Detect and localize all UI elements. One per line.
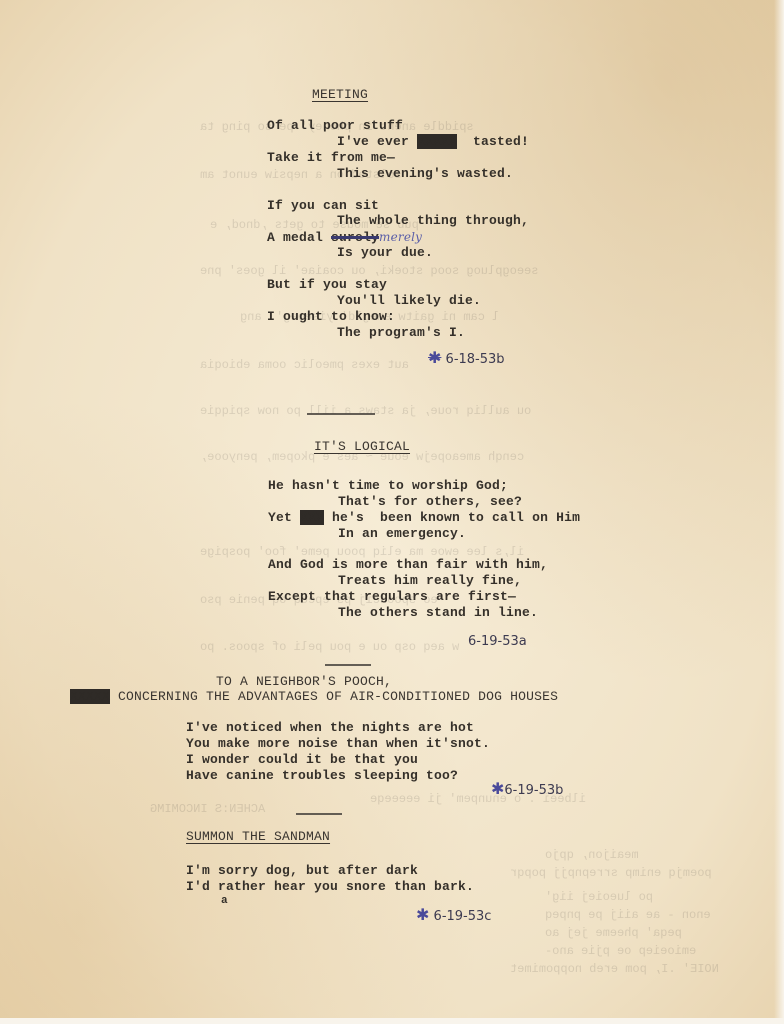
bleed-through-text: ACHEN:S INCOMIMG	[150, 802, 265, 816]
struck-word: surely	[331, 230, 379, 245]
poem-line: Except that regulars are first—	[268, 589, 516, 605]
poem-line: The others stand in line.	[338, 605, 538, 621]
asterisk-icon: ✱	[416, 905, 429, 924]
stray-typed-mark: a	[221, 893, 228, 909]
poem-title-neighbors-pooch: TO A NEIGHBOR'S POOCH,	[216, 674, 392, 690]
poem-line: I'd rather hear you snore than bark.	[186, 879, 474, 895]
bleed-through-text: enon - ae aiij pe pnpeq	[545, 908, 711, 922]
section-divider	[325, 664, 371, 666]
poem-line: You make more noise than when it'snot.	[186, 736, 490, 752]
bleed-through-text: ou aulliq roue, ja staws a iill po now s…	[200, 404, 531, 418]
typewritten-page: spiddle anent in phoney' pe so ping ta s…	[0, 0, 784, 1024]
poem-subtitle: XXXXX CONCERNING THE ADVANTAGES OF AIR-C…	[70, 689, 558, 705]
date-annotation: 6-19-53a	[468, 634, 527, 649]
poem-line: Have canine troubles sleeping too?	[186, 768, 458, 784]
poem-title-its-logical: IT'S LOGICAL	[314, 439, 410, 455]
poem-line: That's for others, see?	[338, 494, 522, 510]
poem-line: Of all poor stuff	[267, 118, 403, 134]
section-divider	[296, 813, 342, 815]
bleed-through-text: aut exes pmeolic ooma ebioqia	[200, 358, 409, 372]
bleed-through-text: peqa' pheeme jej ao	[545, 926, 682, 940]
poem-line: I ought to know:	[267, 309, 395, 325]
typed-strikeout: XXXXX	[417, 134, 457, 149]
poem-title-summon-the-sandman: SUMMON THE SANDMAN	[186, 829, 330, 845]
poem-line: This evening's wasted.	[337, 166, 513, 182]
bleed-through-text: emioeiep oe pjie ano-	[545, 944, 696, 958]
bleed-through-text: NOIE' .I, pom ereb noppomimet	[510, 962, 719, 976]
date-annotation: ✱ 6-18-53b	[428, 348, 505, 367]
bleed-through-text: po lueoiej iig'	[545, 890, 653, 904]
handwritten-correction: merely	[379, 230, 422, 244]
poem-line: A medal surelymerely	[267, 229, 422, 246]
struck-star-icon: ✱	[428, 348, 441, 367]
bleed-through-text: meaijon, qpjo	[545, 848, 639, 862]
poem-line: I'm sorry dog, but after dark	[186, 863, 418, 879]
poem-line: Take it from me—	[267, 150, 395, 166]
poem-line: The whole thing through,	[337, 213, 529, 229]
poem-line: Yet XXX he's been known to call on Him	[268, 510, 580, 526]
poem-line: I've noticed when the nights are hot	[186, 720, 474, 736]
date-annotation: ✱6-19-53b	[491, 779, 563, 798]
poem-line: And God is more than fair with him,	[268, 557, 548, 573]
bleed-through-text: seeogpluog sooq stoeki, ou coaiae' il go…	[200, 264, 538, 278]
poem-line: In an emergency.	[338, 526, 466, 542]
typed-strikeout: XXX	[300, 510, 324, 525]
asterisk-icon: ✱	[491, 779, 504, 798]
poem-line: I've ever XXXXX tasted!	[337, 134, 529, 150]
poem-line: But if you stay	[267, 277, 387, 293]
poem-line: He hasn't time to worship God;	[268, 478, 508, 494]
poem-line: Treats him really fine,	[338, 573, 522, 589]
poem-line: I wonder could it be that you	[186, 752, 418, 768]
bleed-through-text: poemjq enimp srrepnpjj popqr	[510, 866, 712, 880]
typed-strikeout: XXXXX	[70, 689, 110, 704]
bleed-through-text: w aeq osp ou e pou peli of spoos. po	[200, 640, 459, 654]
poem-line: If you can sit	[267, 198, 379, 214]
poem-title-meeting: MEETING	[312, 87, 368, 103]
poem-line: Is your due.	[337, 245, 433, 261]
poem-line: The program's I.	[337, 325, 465, 341]
date-annotation: ✱ 6-19-53c	[416, 905, 491, 924]
paper-edge	[774, 0, 784, 1024]
section-divider	[307, 413, 375, 415]
poem-line: You'll likely die.	[337, 293, 481, 309]
